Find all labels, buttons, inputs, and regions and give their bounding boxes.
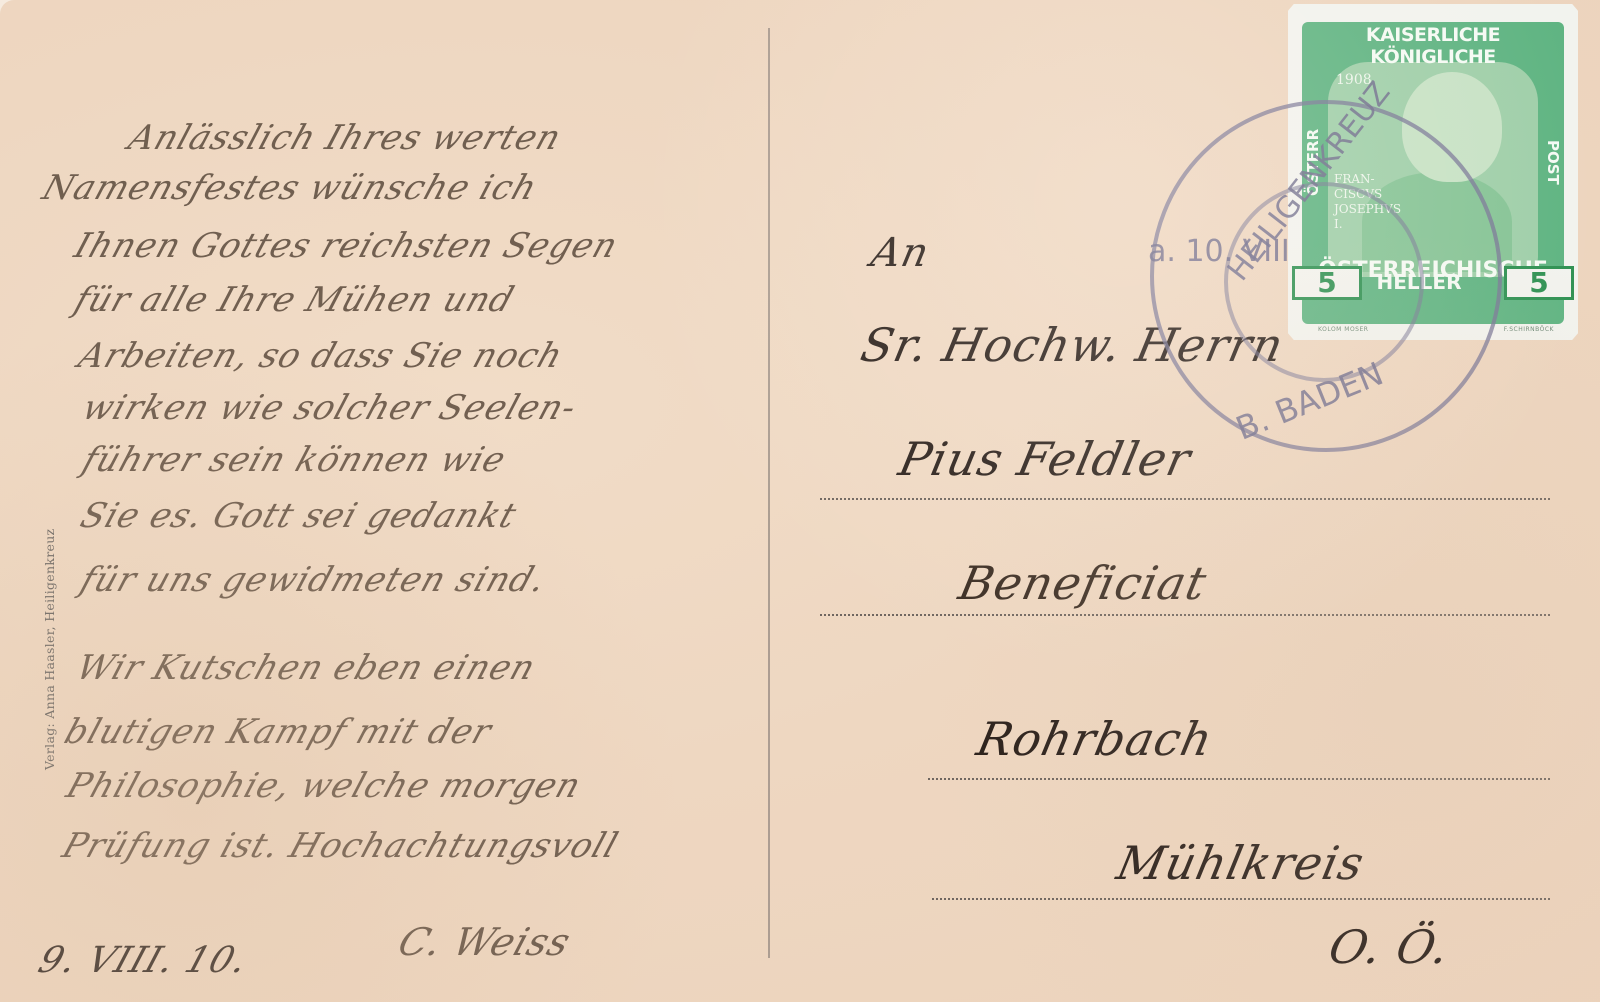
postmark-inner-ring bbox=[1224, 182, 1424, 382]
message-line: Anlässlich Ihres werten bbox=[124, 118, 567, 158]
message-line: Philosophie, welche morgen bbox=[62, 766, 587, 806]
address-to: An bbox=[867, 230, 933, 276]
stamp-side-right-text: POST bbox=[1540, 62, 1562, 262]
address-dotted-line bbox=[820, 498, 1550, 500]
message-line: führer sein können wie bbox=[78, 440, 512, 480]
address-dotted-line bbox=[820, 614, 1550, 616]
address-dotted-line bbox=[928, 778, 1550, 780]
address-state: O. Ö. bbox=[1324, 920, 1454, 974]
signature: C. Weiss bbox=[393, 920, 577, 964]
postmark-cancellation: HEILIGENKREUZ a. 10. VIII B. BADEN bbox=[1150, 100, 1502, 452]
message-line: wirken wie solcher Seelen- bbox=[78, 388, 582, 428]
stamp-top-text: KAISERLICHE KÖNIGLICHE bbox=[1302, 24, 1564, 68]
message-line: Wir Kutschen eben einen bbox=[72, 648, 541, 688]
address-name: Pius Feldler bbox=[894, 432, 1196, 486]
message-line: für uns gewidmeten sind. bbox=[76, 560, 552, 600]
message-line: für alle Ihre Mühen und bbox=[70, 280, 520, 320]
message-line: Prüfung ist. Hochachtungsvoll bbox=[58, 826, 624, 866]
message-line: Arbeiten, so dass Sie noch bbox=[74, 336, 569, 376]
message-line: Namensfestes wünsche ich bbox=[38, 168, 543, 208]
address-town: Rohrbach bbox=[972, 712, 1218, 766]
postcard-back: Verlag: Anna Haasler, Heiligenkreuz Anlä… bbox=[0, 0, 1600, 1002]
center-divider-line bbox=[768, 28, 770, 958]
stamp-value-right: 5 bbox=[1504, 266, 1574, 300]
address-dotted-line bbox=[932, 898, 1550, 900]
message-date: 9. VIII. 10. bbox=[33, 940, 253, 981]
message-line: blutigen Kampf mit der bbox=[60, 712, 497, 752]
publisher-imprint: Verlag: Anna Haasler, Heiligenkreuz bbox=[42, 529, 57, 770]
message-line: Sie es. Gott sei gedankt bbox=[76, 496, 522, 536]
postmark-date: a. 10. VIII bbox=[1148, 234, 1290, 269]
address-region: Mühlkreis bbox=[1112, 836, 1369, 890]
stamp-engraver-credit: F.SCHIRNBÖCK bbox=[1504, 326, 1554, 333]
address-role: Beneficiat bbox=[954, 556, 1211, 610]
message-line: Ihnen Gottes reichsten Segen bbox=[70, 226, 624, 266]
